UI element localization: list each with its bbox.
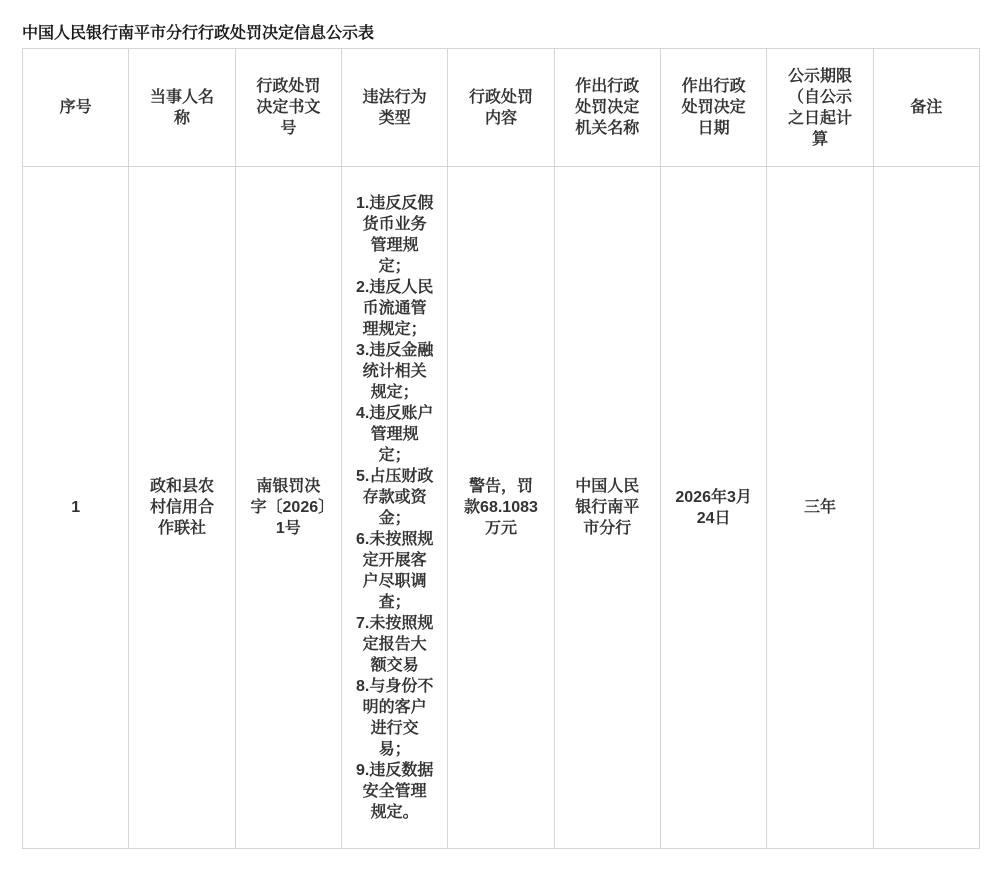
cell-violation-type: 1.违反反假货币业务管理规定； 2.违反人民币流通管理规定； 3.违反金融统计相… [341,167,447,849]
column-header-publicity-period: 公示期限（自公示之日起计算 [767,49,873,167]
table-row: 1 政和县农村信用合作联社 南银罚决字〔2026〕1号 1.违反反假货币业务管理… [23,167,980,849]
header-row: 序号 当事人名称 行政处罚决定书文号 违法行为类型 行政处罚内容 作出行政处罚决… [23,49,980,167]
violation-item: 5.占压财政存款或资金； [355,466,434,529]
cell-remarks [873,167,979,849]
table-header: 序号 当事人名称 行政处罚决定书文号 违法行为类型 行政处罚内容 作出行政处罚决… [23,49,980,167]
page: 中国人民银行南平市分行行政处罚决定信息公示表 序号 当事人名称 行政处罚决定书文… [0,0,1000,870]
column-header-decision-date: 作出行政处罚决定日期 [660,49,766,167]
violation-item: 6.未按照规定开展客户尽职调查； [355,529,434,613]
column-header-authority-name: 作出行政处罚决定机关名称 [554,49,660,167]
column-header-penalty-content: 行政处罚内容 [448,49,554,167]
column-header-decision-doc-number: 行政处罚决定书文号 [235,49,341,167]
violation-item: 7.未按照规定报告大额交易 [355,613,434,676]
cell-authority-name: 中国人民银行南平市分行 [554,167,660,849]
cell-serial-number: 1 [23,167,129,849]
cell-penalty-content: 警告，罚款68.1083万元 [448,167,554,849]
violation-item: 3.违反金融统计相关规定； [355,340,434,403]
column-header-serial-number: 序号 [23,49,129,167]
column-header-party-name: 当事人名称 [129,49,235,167]
column-header-violation-type: 违法行为类型 [341,49,447,167]
table-body: 1 政和县农村信用合作联社 南银罚决字〔2026〕1号 1.违反反假货币业务管理… [23,167,980,849]
penalty-decision-table: 序号 当事人名称 行政处罚决定书文号 违法行为类型 行政处罚内容 作出行政处罚决… [22,48,980,849]
cell-decision-doc-number: 南银罚决字〔2026〕1号 [235,167,341,849]
violation-item: 4.违反账户管理规定； [355,403,434,466]
column-header-remarks: 备注 [873,49,979,167]
cell-party-name: 政和县农村信用合作联社 [129,167,235,849]
violation-item: 9.违反数据安全管理规定。 [355,760,434,823]
violation-item: 8.与身份不明的客户进行交易； [355,676,434,760]
cell-publicity-period: 三年 [767,167,873,849]
violation-item: 1.违反反假货币业务管理规定； [355,193,434,277]
violation-item: 2.违反人民币流通管理规定； [355,277,434,340]
page-title: 中国人民银行南平市分行行政处罚决定信息公示表 [22,24,980,43]
cell-decision-date: 2026年3月24日 [660,167,766,849]
